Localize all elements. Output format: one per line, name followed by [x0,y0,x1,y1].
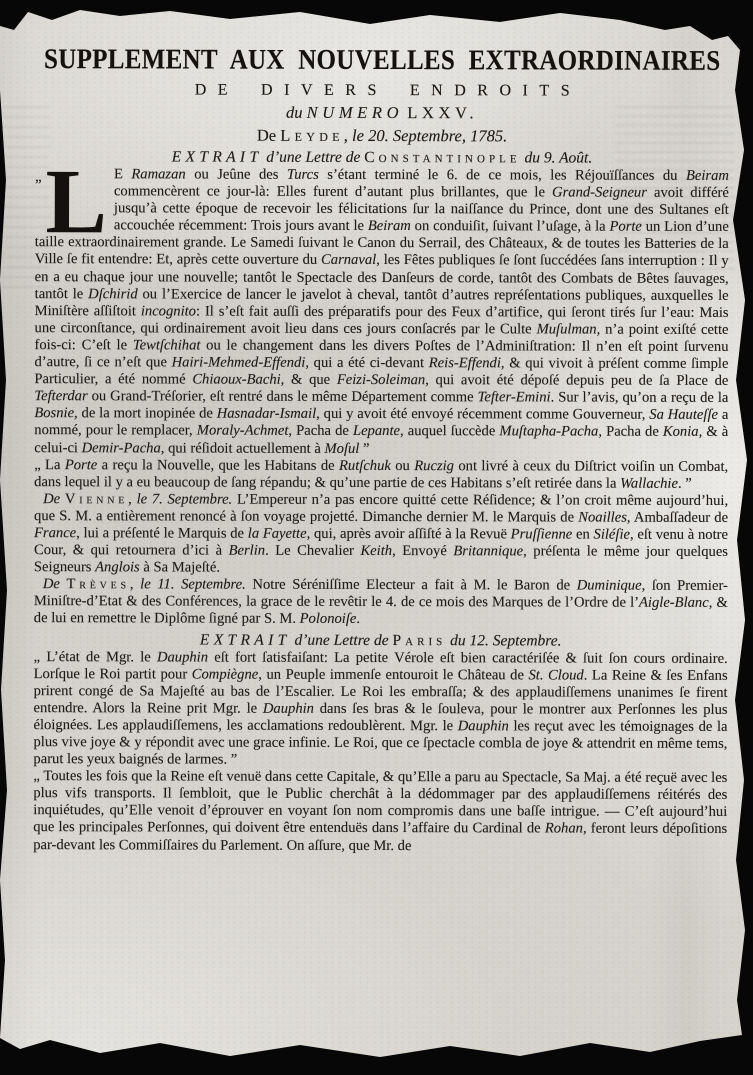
paragraph-text: E Ramazan ou Jeûne des Turcs s’étant ter… [34,166,729,456]
paragraph-lead: „LE Ramazan ou Jeûne des Turcs s’étant t… [34,166,729,458]
newspaper-page: SUPPLEMENT AUX NOUVELLES EXTRAORDINAIRES… [0,0,753,1075]
article-heading-paris: EXTRAIT d’une Lettre de Paris du 12. Sep… [34,630,728,651]
printed-area: SUPPLEMENT AUX NOUVELLES EXTRAORDINAIRES… [33,45,730,1038]
paragraph: „ La Porte a reçu la Nouvelle, que les H… [34,457,728,493]
article-paris: EXTRAIT d’une Lettre de Paris du 12. Sep… [33,630,728,856]
drop-cap: „L [35,168,107,234]
article-vienne: De Vienne, le 7. Septembre. L’Empereur n… [34,491,728,578]
drop-cap-letter: L [45,168,107,234]
article-treves: De Trèves, le 11. Septembre. Notre Sérén… [34,576,728,629]
masthead-dateline: De Leyde, le 20. Septembre, 1785. [35,124,729,147]
masthead: SUPPLEMENT AUX NOUVELLES EXTRAORDINAIRES… [35,45,729,147]
masthead-numero-line: du NUMERO LXXV. [35,101,729,124]
paragraph: „ L’état de Mgr. le Dauphin eſt fort ſat… [33,649,727,770]
article-body: EXTRAIT d’une Lettre de Constantinople d… [33,147,729,855]
article-heading-constantinople: EXTRAIT d’une Lettre de Constantinople d… [35,147,729,168]
article-constantinople: EXTRAIT d’une Lettre de Constantinople d… [34,147,729,493]
scan-background: SUPPLEMENT AUX NOUVELLES EXTRAORDINAIRES… [0,0,753,1075]
paragraph: De Vienne, le 7. Septembre. L’Empereur n… [34,491,728,578]
opening-quote: „ [35,170,42,185]
masthead-subtitle: DE DIVERS ENDROITS [35,79,729,102]
page-title: SUPPLEMENT AUX NOUVELLES EXTRAORDINAIRES [35,45,729,79]
paragraph: De Trèves, le 11. Septembre. Notre Sérén… [34,576,728,629]
paragraph: „ Toutes les fois que la Reine eſt venuë… [33,768,727,855]
